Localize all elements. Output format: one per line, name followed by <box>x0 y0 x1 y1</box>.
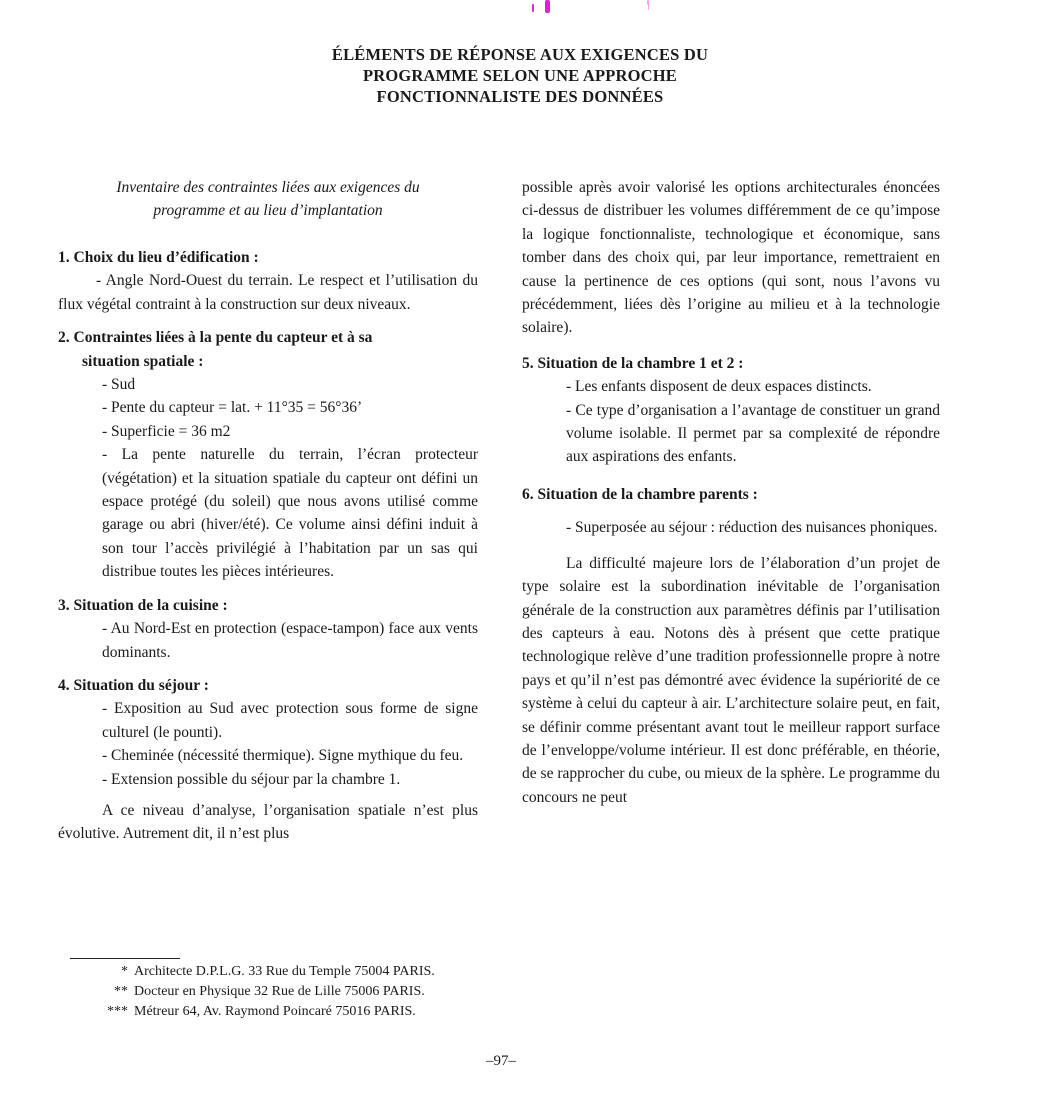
page-title: ÉLÉMENTS DE RÉPONSE AUX EXIGENCES DU PRO… <box>260 44 780 107</box>
heading-contraintes-capteur: 2. Contraintes liées à la pente du capte… <box>58 326 478 373</box>
page-number: –97– <box>486 1053 516 1070</box>
paragraph: La difficulté majeure lors de l’élaborat… <box>522 552 940 809</box>
scan-mark <box>532 4 534 12</box>
footnote-divider <box>70 958 180 959</box>
section-subtitle: Inventaire des contraintes liées aux exi… <box>58 176 478 222</box>
list-item: - Superposée au séjour : réduction des n… <box>522 516 940 539</box>
heading-chambres: 5. Situation de la chambre 1 et 2 : <box>522 352 940 375</box>
paragraph: - Angle Nord-Ouest du terrain. Le respec… <box>58 269 478 316</box>
title-line: FONCTIONNALISTE DES DONNÉES <box>260 86 780 107</box>
paragraph: possible après avoir valorisé les option… <box>522 176 940 340</box>
footnote: **Docteur en Physique 32 Rue de Lille 75… <box>96 982 435 1002</box>
paragraph: A ce niveau d’analyse, l’organisation sp… <box>58 799 478 846</box>
list-item: - Cheminée (nécessité thermique). Signe … <box>58 744 478 767</box>
heading-chambre-parents: 6. Situation de la chambre parents : <box>522 483 940 506</box>
heading-lieu-edification: 1. Choix du lieu d’édification : <box>58 246 478 269</box>
list-item: - Extension possible du séjour par la ch… <box>58 768 478 791</box>
list-item: - La pente naturelle du terrain, l’écran… <box>58 443 478 583</box>
list-item: - Ce type d’organisation a l’avantage de… <box>522 399 940 469</box>
footnote: *Architecte D.P.L.G. 33 Rue du Temple 75… <box>96 962 435 982</box>
list-item: - Exposition au Sud avec protection sous… <box>58 697 478 744</box>
list-item: - Les enfants disposent de deux espaces … <box>522 375 940 398</box>
scan-mark <box>545 0 550 13</box>
list-item: - Superficie = 36 m2 <box>58 420 478 443</box>
list-item: - Sud <box>58 373 478 396</box>
scan-mark <box>647 0 649 5</box>
title-line: PROGRAMME SELON UNE APPROCHE <box>260 65 780 86</box>
list-item: - Pente du capteur = lat. + 11°35 = 56°3… <box>58 396 478 419</box>
heading-sejour: 4. Situation du séjour : <box>58 674 478 697</box>
list-item: - Au Nord-Est en protection (espace-tamp… <box>58 617 478 664</box>
footnotes: *Architecte D.P.L.G. 33 Rue du Temple 75… <box>96 962 435 1022</box>
heading-cuisine: 3. Situation de la cuisine : <box>58 594 478 617</box>
footnote: ***Métreur 64, Av. Raymond Poincaré 7501… <box>96 1002 435 1022</box>
left-column: Inventaire des contraintes liées aux exi… <box>58 176 478 846</box>
right-column: possible après avoir valorisé les option… <box>522 176 940 809</box>
title-line: ÉLÉMENTS DE RÉPONSE AUX EXIGENCES DU <box>260 44 780 65</box>
